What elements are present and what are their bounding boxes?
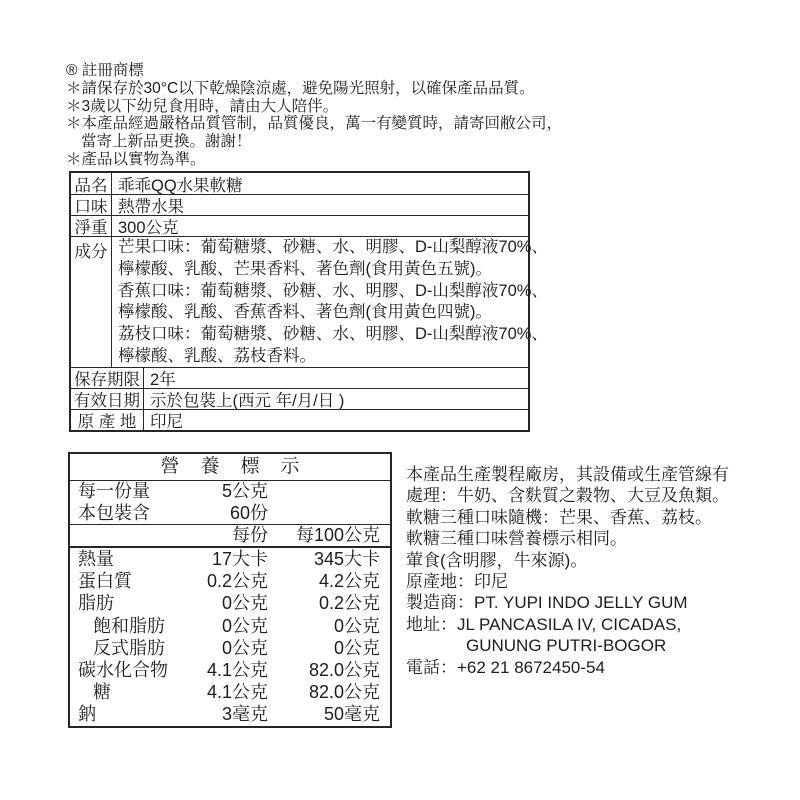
table-row-product-name: 品名 乖乖QQ水果軟糖	[71, 173, 528, 194]
note-line: ＊產品以實物為準。	[66, 151, 562, 169]
nutrition-header: 每份 每100公克	[70, 525, 390, 548]
per-100g-value: 0.2公克	[268, 592, 380, 614]
serving-size-value: 5公克	[168, 481, 268, 503]
table-row-ingredients: 成分 芒果口味：葡萄糖漿、砂糖、水、明膠、D-山梨醇液70%、 檸檬酸、乳酸、芒…	[71, 236, 528, 367]
diet-note-line: 葷食(含明膠，牛來源)。	[406, 550, 729, 571]
per-serving-value: 4.1公克	[168, 681, 268, 703]
flavor-note-line: 軟糖三種口味隨機：芒果、香蕉、荔枝。	[406, 507, 729, 528]
empty-cell	[268, 503, 380, 525]
field-value: 示於包裝上(西元 年/月/日 )	[144, 389, 528, 409]
ingredients-text: 芒果口味：葡萄糖漿、砂糖、水、明膠、D-山梨醇液70%、 檸檬酸、乳酸、芒果香料…	[112, 237, 548, 367]
per-100g-value: 0公克	[268, 615, 380, 637]
field-label: 成分	[71, 237, 112, 367]
field-value: 2年	[144, 368, 528, 388]
table-row-net-weight: 淨重 300公克	[71, 215, 528, 236]
address-line: 地址：JL PANCASILA IV, CICADAS,	[406, 614, 729, 635]
ingredient-line: 香蕉口味：葡萄糖漿、砂糖、水、明膠、D-山梨醇液70%、	[118, 281, 548, 303]
allergen-line: 本產品生產製程廠房，其設備或生產管線有	[406, 464, 729, 485]
per-100g-value: 345大卡	[268, 548, 380, 570]
address-line-continued: GUNUNG PUTRI-BOGOR	[406, 635, 729, 656]
field-value: 乖乖QQ水果軟糖	[112, 173, 528, 194]
ingredient-line: 芒果口味：葡萄糖漿、砂糖、水、明膠、D-山梨醇液70%、	[118, 237, 548, 259]
nutrient-name: 蛋白質	[78, 570, 168, 592]
manufacturer-info: 本產品生產製程廠房，其設備或生產管線有 處理：牛奶、含麩質之穀物、大豆及魚類。 …	[406, 464, 729, 678]
nutrient-name: 碳水化合物	[78, 659, 168, 681]
trademark-note: ® 註冊商標	[66, 62, 562, 80]
nutrient-name: 飽和脂肪	[78, 615, 168, 637]
field-value: 熱帶水果	[112, 195, 528, 215]
nutrition-row-trans-fat: 反式脂肪 0公克 0公克	[70, 637, 390, 659]
ingredient-line: 檸檬酸、乳酸、香蕉香料、著色劑(食用黃色四號)。	[118, 302, 548, 324]
per-100g-value: 4.2公克	[268, 570, 380, 592]
nutrition-row-fat: 脂肪 0公克 0.2公克	[70, 592, 390, 614]
per-100g-value: 82.0公克	[268, 659, 380, 681]
nutrient-name: 反式脂肪	[78, 637, 168, 659]
table-row-origin: 原 產 地 印尼	[71, 409, 528, 430]
nutrition-title: 營養標示	[70, 454, 390, 481]
per-serving-value: 0.2公克	[168, 570, 268, 592]
servings-per-pack-value: 60份	[168, 503, 268, 525]
nutrition-facts-table: 營養標示 每一份量 5公克 本包裝含 60份 每份 每100公克 熱量 17大卡…	[68, 452, 392, 728]
serving-section: 每一份量 5公克 本包裝含 60份	[70, 481, 390, 525]
empty-cell	[78, 525, 168, 546]
serving-size-row: 每一份量 5公克	[70, 481, 390, 503]
nutrient-name: 糖	[78, 681, 168, 703]
nutrient-name: 鈉	[78, 703, 168, 725]
table-row-expiry-date: 有效日期 示於包裝上(西元 年/月/日 )	[71, 388, 528, 409]
nutrition-row-calories: 熱量 17大卡 345大卡	[70, 548, 390, 570]
field-label: 有效日期	[71, 389, 144, 409]
per-100g-value: 0公克	[268, 637, 380, 659]
ingredient-line: 檸檬酸、乳酸、芒果香料、著色劑(食用黃色五號)。	[118, 259, 548, 281]
table-row-flavor: 口味 熱帶水果	[71, 194, 528, 215]
note-line: ＊本產品經過嚴格品質管制，品質優良，萬一有變質時，請寄回敝公司，	[66, 115, 562, 133]
empty-cell	[268, 481, 380, 503]
table-row-shelf-life: 保存期限 2年	[71, 367, 528, 388]
flavor-note-line: 軟糖三種口味營養標示相同。	[406, 528, 729, 549]
per-100g-value: 50毫克	[268, 703, 380, 725]
origin-line: 原產地：印尼	[406, 571, 729, 592]
col-header-per-serving: 每份	[168, 525, 268, 546]
nutrition-row-sugar: 糖 4.1公克 82.0公克	[70, 681, 390, 703]
field-label: 原 產 地	[71, 410, 144, 430]
per-serving-value: 0公克	[168, 615, 268, 637]
nutrient-name: 熱量	[78, 548, 168, 570]
nutrition-row-protein: 蛋白質 0.2公克 4.2公克	[70, 570, 390, 592]
field-label: 淨重	[71, 216, 112, 236]
note-line: ＊3歲以下幼兒食用時，請由大人陪伴。	[66, 98, 562, 116]
note-line-continued: 當寄上新品更換。謝謝！	[66, 133, 562, 151]
manufacturer-line: 製造商：PT. YUPI INDO JELLY GUM	[406, 592, 729, 613]
servings-per-pack-label: 本包裝含	[78, 503, 168, 525]
per-100g-value: 82.0公克	[268, 681, 380, 703]
nutrition-row-carbohydrate: 碳水化合物 4.1公克 82.0公克	[70, 659, 390, 681]
serving-size-label: 每一份量	[78, 481, 168, 503]
per-serving-value: 4.1公克	[168, 659, 268, 681]
field-label: 品名	[71, 173, 112, 194]
servings-per-pack-row: 本包裝含 60份	[70, 503, 390, 525]
phone-line: 電話：+62 21 8672450-54	[406, 657, 729, 678]
per-serving-value: 17大卡	[168, 548, 268, 570]
per-serving-value: 0公克	[168, 637, 268, 659]
col-header-per-100g: 每100公克	[268, 525, 380, 546]
nutrition-row-saturated-fat: 飽和脂肪 0公克 0公克	[70, 615, 390, 637]
per-serving-value: 0公克	[168, 592, 268, 614]
field-value: 300公克	[112, 216, 528, 236]
product-info-table: 品名 乖乖QQ水果軟糖 口味 熱帶水果 淨重 300公克 成分 芒果口味：葡萄糖…	[69, 171, 530, 432]
usage-notes: ® 註冊商標 ＊請保存於30°C以下乾燥陰涼處，避免陽光照射，以確保產品品質。 …	[66, 62, 562, 169]
field-label: 口味	[71, 195, 112, 215]
ingredient-line: 荔枝口味：葡萄糖漿、砂糖、水、明膠、D-山梨醇液70%、	[118, 324, 548, 346]
per-serving-value: 3毫克	[168, 703, 268, 725]
nutrition-row-sodium: 鈉 3毫克 50毫克	[70, 703, 390, 725]
note-line: ＊請保存於30°C以下乾燥陰涼處，避免陽光照射，以確保產品品質。	[66, 80, 562, 98]
ingredient-line: 檸檬酸、乳酸、荔枝香料。	[118, 346, 548, 368]
nutrition-body: 熱量 17大卡 345大卡 蛋白質 0.2公克 4.2公克 脂肪 0公克 0.2…	[70, 548, 390, 726]
field-value: 印尼	[144, 410, 528, 430]
nutrient-name: 脂肪	[78, 592, 168, 614]
field-label: 保存期限	[71, 368, 144, 388]
allergen-line: 處理：牛奶、含麩質之穀物、大豆及魚類。	[406, 485, 729, 506]
nutrition-header-row: 每份 每100公克	[70, 525, 390, 546]
